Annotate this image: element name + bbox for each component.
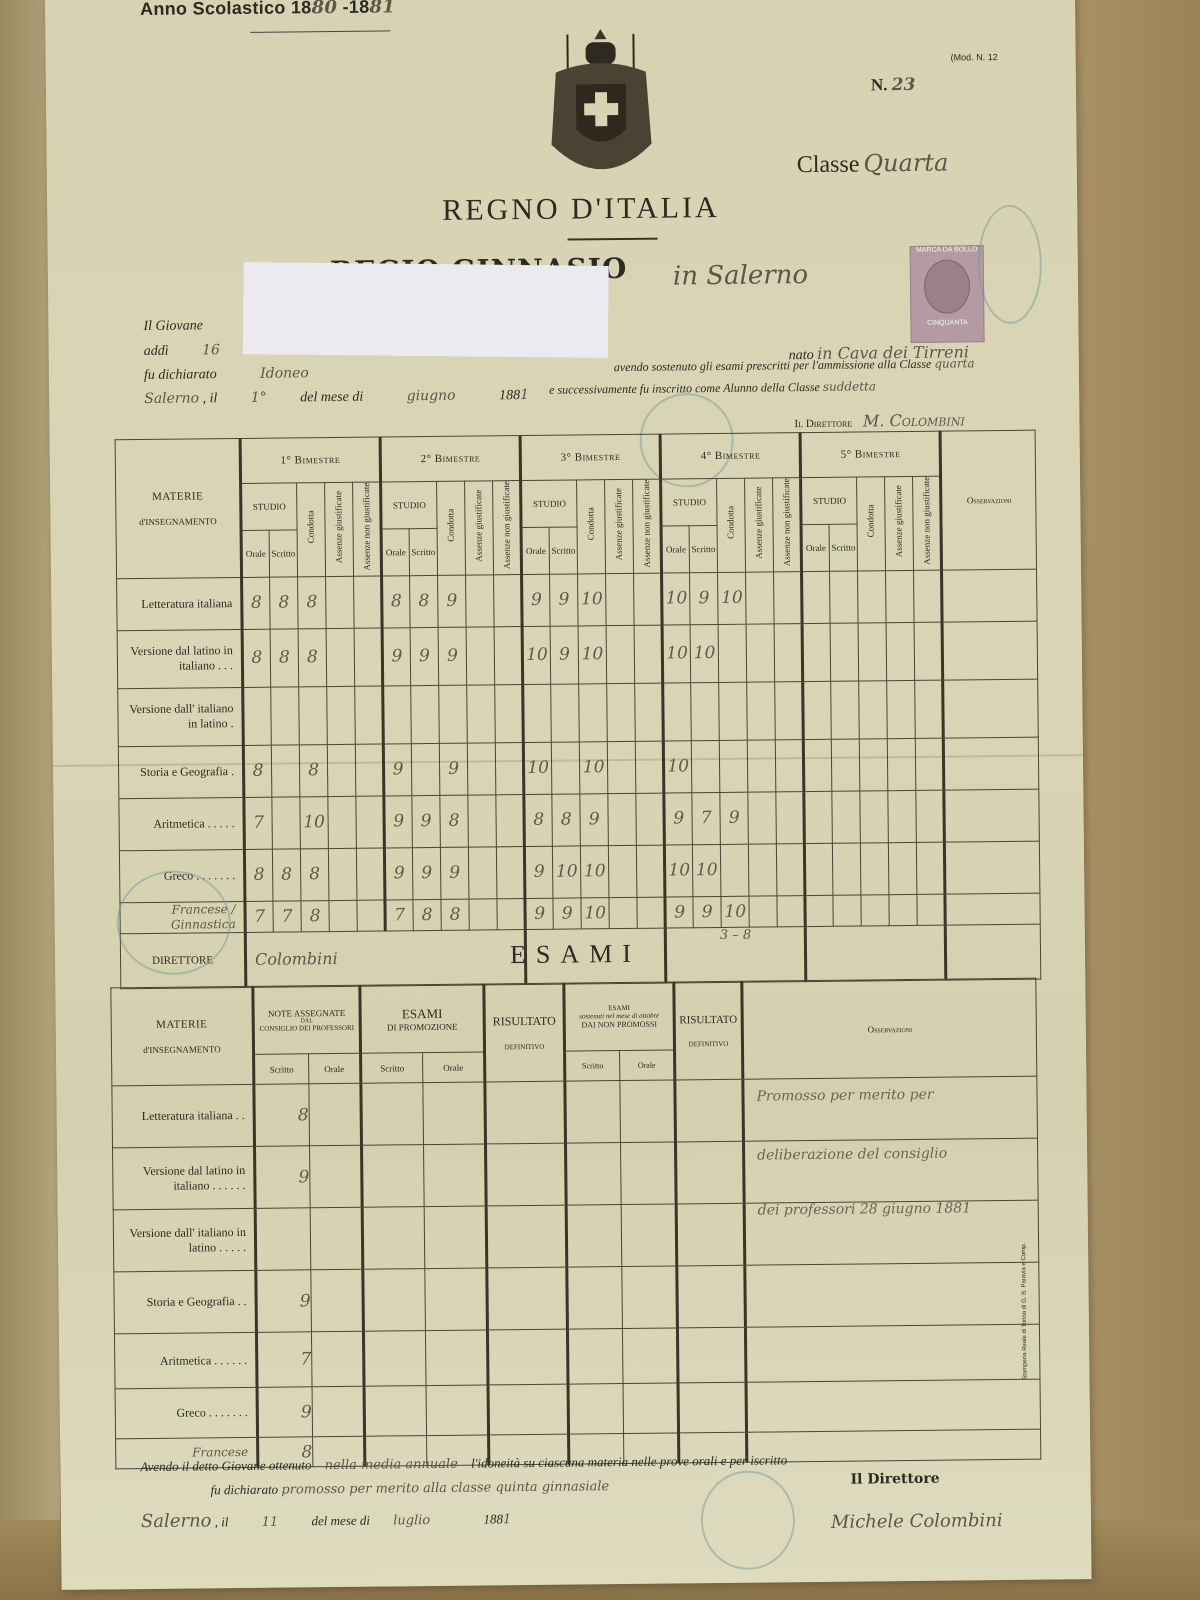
scritto-grade-cell: 7 — [273, 901, 301, 932]
footer-year-hand: 1 — [503, 1512, 511, 1527]
kingdom-title: REGNO D'ITALIA — [442, 191, 720, 228]
scritto-grade-cell — [833, 895, 861, 926]
esami-empty-cell — [567, 1267, 623, 1330]
assenze-non-giust-cell — [774, 572, 803, 624]
assenze-giust-cell — [889, 842, 918, 894]
scritto-grade-cell — [551, 684, 580, 742]
footer-il-label: , il — [215, 1514, 229, 1529]
orale-grade-cell: 10 — [665, 845, 694, 897]
orale-header-4: Orale — [661, 526, 689, 573]
school-report-document: Anno Scolastico 1880 -1881 (Mod. N. 12 N… — [45, 0, 1092, 1590]
assenze-giust-cell — [886, 622, 915, 680]
condotta-header-4: Condotta — [727, 506, 736, 539]
dichiarato-label: fu dichiarato — [144, 367, 217, 383]
revenue-stamp-top-text: MARCA DA BOLLO — [911, 246, 983, 254]
condotta-grade-cell: 10 — [578, 574, 607, 626]
scritto-grade-cell: 7 — [692, 792, 721, 844]
direttore-row-signature: Colombini — [245, 930, 526, 988]
assenze-giust-cell — [609, 845, 638, 897]
underline — [250, 30, 390, 32]
esami-empty-cell — [485, 1081, 566, 1144]
note-header: NOTE ASSEGNATE — [255, 1007, 359, 1018]
materie-header: MATERIE — [116, 490, 239, 503]
subject-cell: Versione dall' italiano in latino . — [118, 687, 244, 746]
risultato-header-1: RISULTATO — [486, 1014, 563, 1030]
orale-header-1: Orale — [241, 530, 269, 577]
class-field: Classe Quarta — [797, 149, 949, 180]
scritto-grade-cell — [691, 682, 720, 740]
scritto-grade-cell — [832, 739, 861, 791]
consiglio-grade-cell: 9 — [256, 1270, 312, 1333]
esami-empty-cell — [487, 1329, 568, 1385]
esami-empty-cell — [311, 1269, 364, 1332]
assenze-non-giust-cell — [917, 894, 945, 925]
footer-line2-hand: promosso per merito alla classe quinta g… — [281, 1479, 609, 1497]
assenze-non-giust-header-1: Assenze non giustificate — [362, 483, 372, 571]
consiglio-grade-cell: 8 — [254, 1084, 310, 1147]
class-label: Classe — [797, 151, 860, 178]
esami-subject-cell: Greco . . . . . . . — [115, 1387, 258, 1438]
condotta-grade-cell: 9 — [440, 847, 469, 899]
assenze-giust-cell — [328, 796, 357, 848]
scritto-grade-cell — [832, 791, 861, 843]
consiglio-grade-cell: 9 — [257, 1387, 313, 1438]
enrollment-city: Salerno — [144, 390, 199, 407]
orale-grade-cell — [804, 791, 833, 843]
condotta-grade-cell: 8 — [299, 745, 328, 797]
giovane-label: Il Giovane — [143, 318, 203, 335]
osservazioni-cell — [942, 621, 1038, 680]
osservazioni-header: Osservazioni — [940, 430, 1036, 570]
admission-class-value: quarta — [934, 356, 974, 370]
assenze-giust-cell — [746, 624, 775, 682]
esami-empty-cell — [363, 1331, 426, 1387]
orale-grade-cell: 8 — [382, 576, 411, 628]
assenze-giust-cell — [328, 848, 357, 900]
orale-grade-cell — [802, 571, 831, 623]
orale-grade-cell: 7 — [244, 797, 273, 849]
esami-empty-cell — [568, 1384, 624, 1435]
esami-empty-cell — [423, 1082, 486, 1145]
ottobre-scritto-header: Scritto — [565, 1051, 620, 1082]
subject-cell: Storia e Geografia . — [118, 745, 244, 798]
assenze-non-giust-header-4: Assenze non giustificate — [782, 478, 792, 566]
bimestri-table-row: Letteratura italiana888889991010910 — [117, 569, 1038, 631]
osservazioni-line-1: Promosso per merito per — [756, 1087, 933, 1105]
assenze-non-giust-cell — [917, 842, 946, 894]
condotta-grade-cell — [861, 895, 889, 926]
risultato-header-2: RISULTATO — [676, 1013, 741, 1026]
consiglio-grade-cell — [255, 1208, 311, 1271]
orale-header-2: Orale — [381, 529, 409, 576]
admission-text: avendo sostenuto gli esami prescritti pe… — [614, 356, 975, 375]
orale-grade-cell — [805, 895, 833, 926]
orale-grade-cell: 10 — [662, 573, 691, 625]
addi-label: addì — [144, 344, 169, 359]
assenze-giust-cell — [466, 627, 495, 685]
condotta-grade-cell: 10 — [721, 896, 749, 927]
footer-director-signature: Michele Colombini — [831, 1510, 1003, 1533]
definitivo-header-2: DEFINITIVO — [676, 1039, 741, 1048]
esami-empty-cell — [425, 1330, 488, 1386]
assenze-non-giust-cell — [354, 628, 383, 686]
definitivo-header-1: DEFINITIVO — [486, 1043, 563, 1052]
footer-line-2: fu dichiarato promosso per merito alla c… — [211, 1478, 610, 1498]
school-year-label: Anno Scolastico — [140, 0, 286, 19]
orale-header-5: Orale — [801, 524, 829, 571]
scritto-grade-cell: 10 — [553, 846, 582, 898]
condotta-grade-cell: 10 — [578, 626, 607, 684]
materie-subheader: d'INSEGNAMENTO — [116, 516, 239, 527]
scritto-grade-cell — [830, 623, 859, 681]
condotta-grade-cell: 9 — [438, 627, 467, 685]
director-line-top: Il Direttore M. Colombini — [794, 410, 965, 431]
assenze-non-giust-cell — [774, 624, 803, 682]
esami-empty-cell — [362, 1207, 425, 1270]
assenze-non-giust-cell — [634, 573, 663, 625]
assenze-non-giust-cell — [356, 796, 385, 848]
studio-header-3: STUDIO — [521, 480, 577, 528]
class-value: Quarta — [863, 149, 948, 178]
condotta-grade-cell — [721, 844, 750, 896]
assenze-non-giust-cell — [357, 900, 385, 931]
orale-grade-cell: 8 — [242, 577, 271, 629]
condotta-grade-cell — [859, 681, 888, 739]
esami-subject-cell: Aritmetica . . . . . . — [114, 1332, 257, 1388]
orale-grade-cell: 9 — [665, 897, 693, 928]
esami-empty-cell — [623, 1383, 679, 1434]
condotta-grade-cell: 8 — [300, 849, 329, 901]
orale-grade-cell: 10 — [663, 741, 692, 793]
footer-date-line: Salerno , il 11 del mese di luglio 1881 — [141, 1507, 512, 1532]
esami-empty-cell — [363, 1269, 426, 1332]
note-header-cell: NOTE ASSEGNATE DAL CONSIGLIO DEI PROFESS… — [253, 985, 361, 1054]
bimestre-2-header: 2° Bimestre — [380, 436, 521, 482]
assenze-non-giust-cell — [637, 845, 666, 897]
bimestre-4-header: 4° Bimestre — [660, 433, 801, 479]
esami-empty-cell — [425, 1268, 488, 1331]
assenze-giust-header-5: Assenze giustificate — [894, 485, 904, 557]
assenze-giust-cell — [748, 792, 777, 844]
subject-cell: Aritmetica . . . . . — [119, 797, 245, 850]
assenze-giust-cell — [467, 685, 496, 743]
enrollment-month: giugno — [407, 388, 456, 405]
dichiarato-value: Idoneo — [260, 365, 309, 382]
assenze-giust-cell — [746, 572, 775, 624]
document-number: N. 23 — [871, 75, 916, 95]
assenze-giust-cell — [468, 847, 497, 899]
esami-empty-cell — [743, 1076, 1038, 1141]
il-label: , il — [202, 391, 217, 406]
orale-grade-cell — [663, 683, 692, 741]
scritto-grade-cell — [411, 685, 440, 743]
subject-cell: Letteratura italiana — [117, 577, 243, 630]
orale-grade-cell: 9 — [382, 628, 411, 686]
assenze-giust-cell — [888, 790, 917, 842]
assenze-giust-cell — [749, 844, 778, 896]
assenze-non-giust-cell — [775, 740, 804, 792]
scritto-grade-cell: 9 — [412, 847, 441, 899]
esami-empty-cell — [488, 1384, 569, 1435]
note-scritto-header: Scritto — [254, 1054, 309, 1085]
risultato-header-cell-1: RISULTATO DEFINITIVO — [484, 983, 565, 1082]
enrolled-class-line: e successivamente fu inscritto come Alun… — [549, 379, 876, 397]
esami-materie-subheader: d'INSEGNAMENTO — [112, 1043, 252, 1054]
footer-month: luglio — [393, 1513, 430, 1528]
orale-grade-cell — [523, 684, 552, 742]
assenze-non-giust-cell — [777, 896, 805, 927]
assenze-giust-header-3: Assenze giustificate — [614, 488, 624, 560]
assenze-non-giust-cell — [355, 744, 384, 796]
bimestri-table-row: Versione dal latino in italiano . . .888… — [117, 621, 1038, 689]
assenze-giust-cell — [329, 900, 357, 931]
king-portrait-icon — [924, 259, 971, 313]
dichiarato-line: fu dichiarato Idoneo — [144, 365, 309, 384]
assenze-non-giust-cell — [637, 897, 665, 928]
scritto-grade-cell: 9 — [410, 627, 439, 685]
orale-grade-cell: 9 — [384, 848, 413, 900]
esami-empty-cell — [745, 1324, 1040, 1382]
assenze-non-giust-header-3: Assenze non giustificate — [642, 480, 652, 568]
form-model-number: (Mod. N. 12 — [951, 52, 998, 62]
orale-grade-cell: 7 — [245, 901, 273, 932]
assenze-giust-cell — [886, 570, 915, 622]
orale-header-3: Orale — [521, 527, 549, 574]
note-subheader: CONSIGLIO DEI PROFESSORI — [255, 1023, 359, 1032]
esami-materie-header-cell: MATERIE d'INSEGNAMENTO — [111, 986, 254, 1085]
direttore-row-b5 — [805, 925, 946, 981]
assenze-giust-cell — [327, 744, 356, 796]
studio-header-4: STUDIO — [661, 478, 717, 526]
orale-grade-cell: 8 — [244, 849, 273, 901]
assenze-giust-cell — [606, 573, 635, 625]
ornament-line — [568, 238, 658, 241]
bimestre-1-header: 1° Bimestre — [240, 437, 381, 483]
ottobre-header-cell: ESAMI sostenuti nel mese di ottobre DAI … — [564, 982, 675, 1051]
condotta-grade-cell: 10 — [300, 797, 329, 849]
consiglio-grade-cell: 9 — [255, 1146, 311, 1209]
esami-empty-cell — [675, 1079, 744, 1142]
assenze-non-giust-cell — [495, 743, 524, 795]
revenue-stamp: MARCA DA BOLLO CINQUANTA — [910, 245, 985, 343]
assenze-giust-cell — [607, 741, 636, 793]
footer-director-label: Il Direttore — [850, 1471, 939, 1488]
consiglio-grade-cell: 7 — [256, 1332, 312, 1388]
orale-grade-cell: 7 — [385, 900, 413, 931]
assenze-giust-header-2: Assenze giustificate — [474, 489, 484, 561]
assenze-giust-cell — [466, 575, 495, 627]
esami-empty-cell — [565, 1081, 621, 1144]
school-year: Anno Scolastico 1880 -1881 — [140, 0, 395, 20]
condotta-grade-cell: 10 — [581, 846, 610, 898]
promozione-header-cell: ESAMI DI PROMOZIONE — [360, 984, 485, 1053]
orale-grade-cell: 10 — [522, 626, 551, 684]
condotta-header-2: Condotta — [446, 509, 455, 542]
scritto-grade-cell: 8 — [413, 899, 441, 930]
assenze-non-giust-cell — [914, 570, 943, 622]
assenze-giust-cell — [747, 682, 776, 740]
footer-line1-print-b: l'idoneità su ciascuna materia nelle pro… — [471, 1452, 787, 1470]
addi-value: 16 — [202, 342, 220, 358]
assenze-non-giust-cell — [495, 685, 524, 743]
assenze-non-giust-cell — [776, 792, 805, 844]
esami-empty-cell — [746, 1379, 1041, 1432]
assenze-giust-cell — [327, 686, 356, 744]
esami-subject-cell: Storia e Geografia . . — [114, 1270, 257, 1333]
scritto-grade-cell: 8 — [270, 577, 299, 629]
assenze-giust-cell — [609, 897, 637, 928]
esami-empty-cell — [676, 1141, 745, 1204]
footer-line2-print: fu dichiarato — [211, 1482, 279, 1498]
year-to-print: 18 — [349, 0, 370, 17]
promozione-scritto-header: Scritto — [361, 1053, 423, 1084]
footer-day: 11 — [262, 1515, 279, 1530]
ottobre-subheader-2: DAI NON PROMOSSI — [566, 1019, 673, 1029]
assenze-non-giust-header-5: Assenze non giustificate — [922, 477, 932, 565]
number-value: 23 — [892, 75, 916, 95]
assenze-non-giust-cell — [354, 576, 383, 628]
scritto-grade-cell — [551, 742, 580, 794]
scritto-grade-cell: 9 — [693, 896, 721, 927]
osservazioni-cell — [943, 679, 1039, 738]
scritto-grade-cell: 8 — [552, 794, 581, 846]
scritto-grade-cell: 9 — [550, 574, 579, 626]
orale-grade-cell: 10 — [523, 742, 552, 794]
footer-line1-hand: nella media annuale — [325, 1457, 458, 1473]
addi-line: addì 16 — [144, 342, 220, 360]
condotta-grade-cell — [718, 624, 747, 682]
assenze-giust-header-4: Assenze giustificate — [754, 486, 764, 558]
osservazioni-cell — [945, 893, 1040, 925]
footer-year-print: 188 — [483, 1511, 503, 1526]
esami-empty-cell — [364, 1386, 427, 1437]
condotta-grade-cell — [299, 687, 328, 745]
scritto-header-2: Scritto — [409, 528, 437, 575]
direttore-row-obs — [946, 924, 1042, 980]
assenze-non-giust-cell — [635, 683, 664, 741]
orale-grade-cell: 8 — [524, 794, 553, 846]
esami-subject-cell: Versione dall' italiano in latino . . . … — [113, 1208, 256, 1271]
year-from-print: 18 — [291, 0, 312, 17]
scritto-header-4: Scritto — [689, 525, 717, 572]
esami-empty-cell — [621, 1204, 677, 1267]
orale-grade-cell — [804, 739, 833, 791]
assenze-giust-cell — [889, 894, 917, 925]
materie-header-cell: MATERIE d'INSEGNAMENTO — [115, 438, 241, 578]
scritto-grade-cell: 8 — [410, 575, 439, 627]
condotta-header-5: Condotta — [867, 505, 876, 538]
orale-grade-cell: 8 — [243, 745, 272, 797]
redacted-name-block — [243, 262, 609, 358]
esami-empty-cell — [424, 1206, 487, 1269]
esami-empty-cell — [745, 1262, 1040, 1327]
scritto-grade-cell: 10 — [690, 624, 719, 682]
condotta-grade-cell: 8 — [298, 629, 327, 687]
esami-empty-cell — [312, 1386, 365, 1437]
esami-empty-cell — [426, 1385, 489, 1436]
risultato-header-cell-2: RISULTATO DEFINITIVO — [674, 981, 743, 1080]
bimestri-table-row: Storia e Geografia .8899101010 — [118, 737, 1039, 799]
scritto-grade-cell — [272, 797, 301, 849]
condotta-grade-cell — [860, 791, 889, 843]
enrollment-year-hand: 1 — [520, 387, 529, 403]
condotta-header-3: Condotta — [586, 508, 595, 541]
mese-label: del mese di — [300, 390, 363, 406]
bimestri-table-row: Versione dall' italiano in latino . — [118, 679, 1039, 747]
orale-grade-cell: 9 — [383, 744, 412, 796]
esami-empty-cell — [486, 1205, 567, 1268]
assenze-non-giust-cell — [494, 627, 523, 685]
esami-empty-cell — [309, 1083, 362, 1146]
scritto-grade-cell: 9 — [553, 898, 581, 929]
ink-stamp-bottom — [700, 1470, 795, 1570]
condotta-grade-cell: 8 — [298, 577, 327, 629]
enrollment-line: Salerno , il 1° del mese di giugno 1881 — [144, 387, 529, 408]
scritto-grade-cell: 9 — [412, 795, 441, 847]
condotta-grade-cell: 10 — [581, 898, 609, 929]
condotta-header-1: Condotta — [306, 511, 315, 544]
orale-grade-cell: 9 — [522, 574, 551, 626]
esami-subject-cell: Letteratura italiana . . — [112, 1084, 255, 1147]
ottobre-orale-header: Orale — [620, 1050, 675, 1081]
assenze-non-giust-cell — [356, 848, 385, 900]
scritto-grade-cell — [833, 843, 862, 895]
scritto-header-3: Scritto — [549, 527, 577, 574]
footer-mese-label: del mese di — [311, 1513, 370, 1529]
bimestri-table-row: Greco . . . . . . .888999910101010 — [119, 841, 1040, 903]
subject-cell: Versione dal latino in italiano . . . — [117, 629, 243, 688]
note-orale-header: Orale — [309, 1053, 361, 1084]
esami-empty-cell — [676, 1203, 745, 1266]
orale-grade-cell: 8 — [242, 629, 271, 687]
revenue-stamp-value: CINQUANTA — [911, 319, 983, 327]
scritto-grade-cell: 9 — [690, 572, 719, 624]
assenze-giust-cell — [326, 628, 355, 686]
esami-osservazioni-header: Osservazioni — [742, 978, 1037, 1079]
scritto-grade-cell — [691, 740, 720, 792]
osservazioni-cell — [945, 841, 1041, 894]
orale-grade-cell — [383, 686, 412, 744]
royal-coat-of-arms-icon — [545, 24, 657, 190]
bimestri-table-body: Letteratura italiana888889991010910Versi… — [117, 569, 1041, 934]
number-label: N. — [871, 75, 888, 94]
esami-empty-cell — [678, 1382, 747, 1433]
osservazioni-cell — [944, 737, 1040, 790]
orale-grade-cell: 9 — [384, 796, 413, 848]
orale-grade-cell — [803, 681, 832, 739]
ink-stamp-top-right — [977, 205, 1042, 325]
esami-empty-cell — [677, 1327, 746, 1383]
assenze-non-giust-cell — [916, 738, 945, 790]
osservazioni-cell — [944, 789, 1040, 842]
condotta-grade-cell — [719, 682, 748, 740]
bimestre-3-header: 3° Bimestre — [520, 434, 661, 480]
assenze-non-giust-cell — [777, 844, 806, 896]
esami-empty-cell — [311, 1331, 364, 1387]
scritto-grade-cell — [831, 681, 860, 739]
orale-grade-cell — [805, 843, 834, 895]
bimestri-grades-table: MATERIE d'INSEGNAMENTO 1° Bimestre 2° Bi… — [115, 430, 1042, 990]
director-label: Il Direttore — [794, 418, 852, 431]
esami-empty-cell — [361, 1083, 424, 1146]
assenze-non-giust-header-2: Assenze non giustificate — [502, 481, 512, 569]
admission-statement: avendo sostenuto gli esami prescritti pe… — [614, 357, 932, 374]
condotta-grade-cell — [858, 623, 887, 681]
condotta-grade-cell: 10 — [718, 572, 747, 624]
condotta-grade-cell — [858, 571, 887, 623]
osservazioni-line-3: dei professori 28 giugno 1881 — [758, 1200, 972, 1218]
condotta-grade-cell — [579, 684, 608, 742]
